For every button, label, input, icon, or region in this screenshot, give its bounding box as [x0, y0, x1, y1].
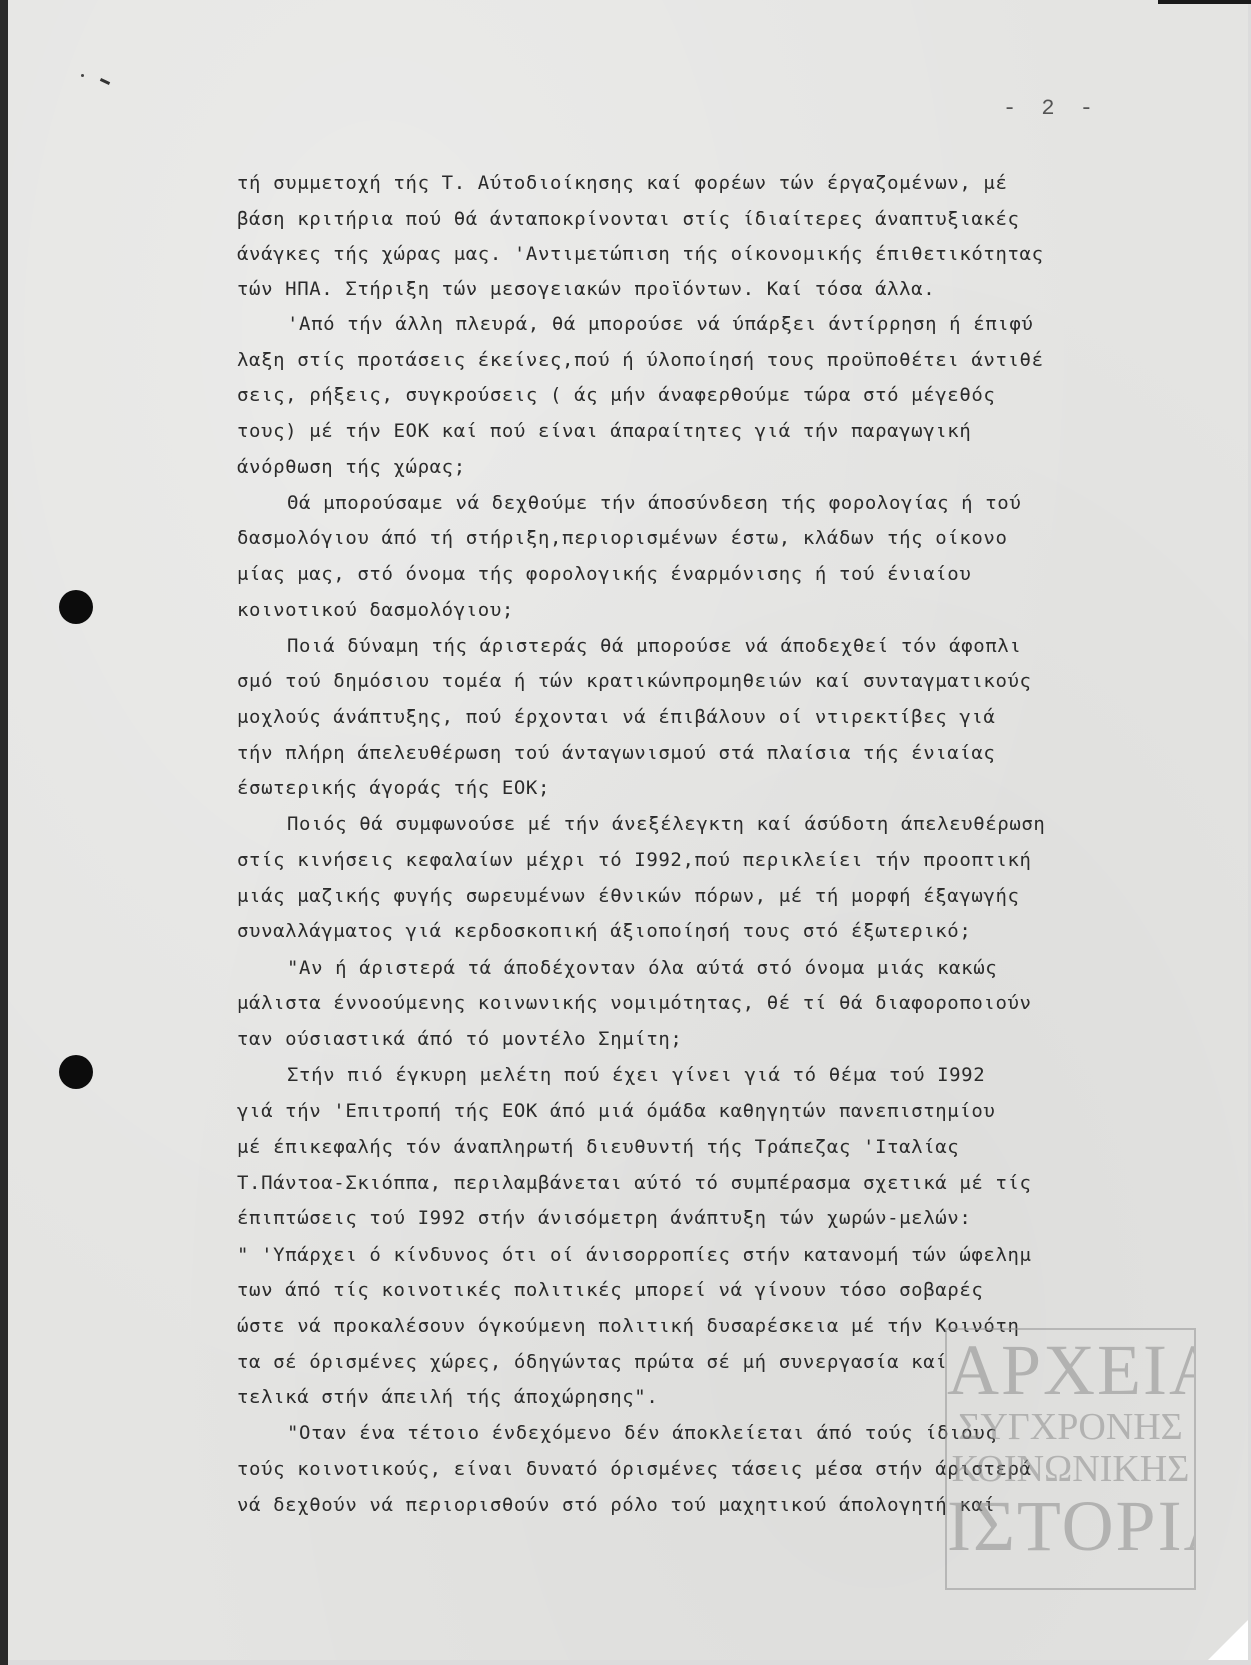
text-line: τή συμμετοχή τής Τ. Αύτοδιοίκησης καί φο…: [237, 172, 1008, 194]
watermark-line: ΣΥΓΧΡΟΝΗΣ: [947, 1408, 1194, 1446]
document-page: - 2 - τή συμμετοχή τής Τ. Αύτοδιοίκησης …: [8, 0, 1248, 1660]
text-line: μέ έπικεφαλής τόν άναπληρωτή διευθυντή τ…: [237, 1136, 959, 1158]
text-line: άνόρθωση τής χώρας;: [237, 456, 466, 478]
page-number: - 2 -: [1003, 96, 1099, 121]
text-line: τα σέ όρισμένες χώρες, όδηγώντας πρώτα σ…: [237, 1351, 947, 1373]
punch-hole: [59, 1055, 93, 1089]
stray-mark: [100, 78, 110, 85]
text-line: των άπό τίς κοινοτικές πολιτικές μπορεί …: [237, 1279, 983, 1301]
text-line: σμό τού δημόσιου τομέα ή τών κρατικώνπρο…: [237, 670, 1032, 692]
text-line: 'Από τήν άλλη πλευρά, θά μπορούσε νά ύπά…: [287, 313, 1033, 335]
text-line: ώστε νά προκαλέσουν όγκούμενη πολιτική δ…: [237, 1315, 1020, 1337]
scan-left-edge: [0, 0, 8, 1665]
text-line: άνάγκες τής χώρας μας. 'Αντιμετώπιση τής…: [237, 243, 1044, 265]
text-line: μοχλούς άνάπτυξης, πού έρχονται νά έπιβά…: [237, 706, 995, 728]
text-line: νά δεχθούν νά περιορισθούν στό ρόλο τού …: [237, 1494, 995, 1516]
text-line: ταν ούσιαστικά άπό τό μοντέλο Σημίτη;: [237, 1028, 682, 1050]
text-line: μιάς μαζικής φυγής σωρευμένων έθνικών πό…: [237, 885, 1020, 907]
stray-mark: [81, 74, 84, 77]
text-line: μάλιστα έννοούμενης κοινωνικής νομιμότητ…: [237, 992, 1032, 1014]
text-line: " 'Υπάρχει ό κίνδυνος ότι οί άνισορροπίε…: [237, 1244, 1032, 1266]
watermark-line: ΑΡΧΕΙΑ: [947, 1334, 1194, 1406]
text-line: τους) μέ τήν ΕΟΚ καί πού είναι άπαραίτητ…: [237, 420, 971, 442]
text-line: κοινοτικού δασμολόγιου;: [237, 599, 514, 621]
page-corner-curl: [1208, 1620, 1248, 1660]
watermark-line: ΙΣΤΟΡΙΑΣ: [947, 1490, 1194, 1562]
text-line: βάση κριτήρια πού θά άνταποκρίνονται στί…: [237, 208, 1020, 230]
text-line: μίας μας, στό όνομα τής φορολογικής έναρ…: [237, 563, 971, 585]
text-line: Ποιά δύναμη τής άριστεράς θά μπορούσε νά…: [287, 635, 1021, 657]
text-line: τούς κοινοτικούς, είναι δυνατό όρισμένες…: [237, 1458, 1032, 1480]
text-line: Ποιός θά συμφωνούσε μέ τήν άνεξέλεγκτη κ…: [287, 813, 1045, 835]
text-line: στίς κινήσεις κεφαλαίων μέχρι τό Ι992,πο…: [237, 849, 1032, 871]
text-line: συναλλάγματος γιά κερδοσκοπική άξιοποίησ…: [237, 920, 971, 942]
text-line: τήν πλήρη άπελευθέρωση τού άνταγωνισμού …: [237, 742, 995, 764]
watermark-line: ΚΟΙΝΩΝΙΚΗΣ: [947, 1450, 1194, 1488]
text-line: Τ.Πάντοα-Σκιόππα, περιλαμβάνεται αύτό τό…: [237, 1172, 1032, 1194]
text-line: έσωτερικής άγοράς τής ΕΟΚ;: [237, 777, 550, 799]
text-line: Στήν πιό έγκυρη μελέτη πού έχει γίνει γι…: [287, 1064, 985, 1086]
text-line: λαξη στίς προτάσεις έκείνες,πού ή ύλοποί…: [237, 349, 1044, 371]
text-line: σεις, ρήξεις, συγκρούσεις ( άς μήν άναφε…: [237, 384, 995, 406]
text-line: δασμολόγιου άπό τή στήριξη,περιορισμένων…: [237, 527, 1008, 549]
archive-watermark-stamp: ΑΡΧΕΙΑ ΣΥΓΧΡΟΝΗΣ ΚΟΙΝΩΝΙΚΗΣ ΙΣΤΟΡΙΑΣ: [945, 1328, 1196, 1590]
text-line: τών ΗΠΑ. Στήριξη τών μεσογειακών προϊόντ…: [237, 278, 935, 300]
text-line: "Αν ή άριστερά τά άποδέχονταν όλα αύτά σ…: [287, 957, 997, 979]
text-line: τελικά στήν άπειλή τής άποχώρησης".: [237, 1386, 658, 1408]
text-line: "Οταν ένα τέτοιο ένδεχόμενο δέν άποκλείε…: [287, 1422, 997, 1444]
text-line: Θά μπορούσαμε νά δεχθούμε τήν άποσύνδεση…: [287, 492, 1021, 514]
text-line: γιά τήν 'Επιτροπή τής ΕΟΚ άπό μιά όμάδα …: [237, 1100, 995, 1122]
text-line: έπιπτώσεις τού Ι992 στήν άνισόμετρη άνάπ…: [237, 1207, 971, 1229]
punch-hole: [59, 590, 93, 624]
scan-top-edge: [1158, 0, 1251, 4]
